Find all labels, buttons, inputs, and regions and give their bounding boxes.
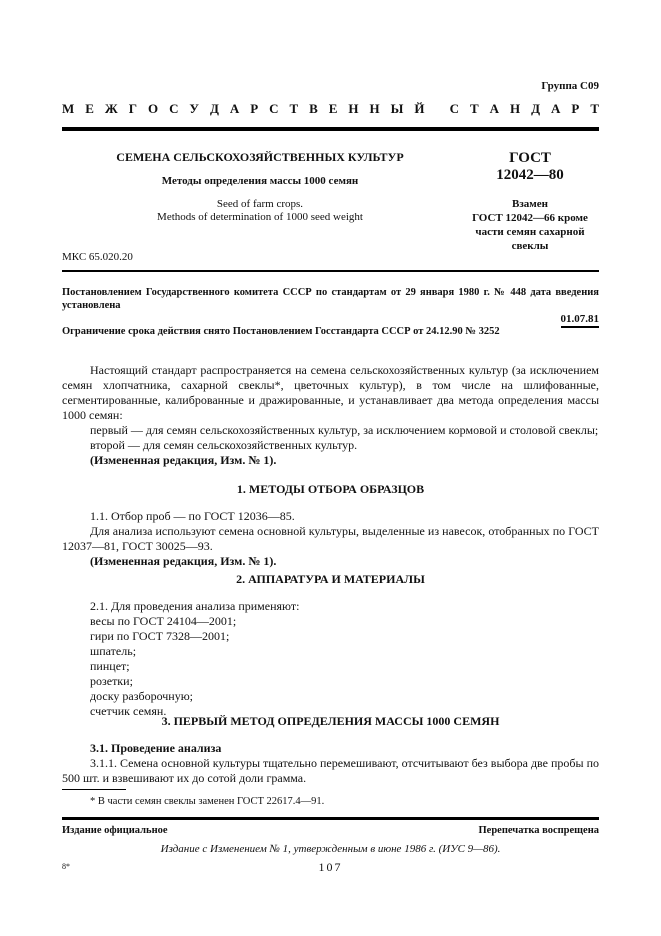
intro-section: Настоящий стандарт распространяется на с… bbox=[62, 363, 599, 468]
decree-text: Постановлением Государственного комитета… bbox=[62, 286, 599, 312]
english-title: Seed of farm crops. Methods of determina… bbox=[80, 198, 440, 224]
equipment-item: шпатель; bbox=[90, 644, 599, 659]
footnote: * В части семян свеклы заменен ГОСТ 2261… bbox=[90, 796, 324, 807]
title-block: СЕМЕНА СЕЛЬСКОХОЗЯЙСТВЕННЫХ КУЛЬТУР Мето… bbox=[80, 150, 440, 224]
equipment-item: гири по ГОСТ 7328—2001; bbox=[90, 629, 599, 644]
footer-rule bbox=[62, 817, 599, 820]
official-edition-label: Издание официальное bbox=[62, 825, 168, 836]
section-2: 2. АППАРАТУРА И МАТЕРИАЛЫ 2.1. Для прове… bbox=[62, 572, 599, 719]
equipment-item: розетки; bbox=[90, 674, 599, 689]
method-two-text: второй — для семян сельскохозяйственных … bbox=[62, 438, 599, 453]
equipment-list: весы по ГОСТ 24104—2001;гири по ГОСТ 732… bbox=[62, 614, 599, 719]
gost-designation: ГОСТ 12042—80 Взамен ГОСТ 12042—66 кроме… bbox=[455, 150, 605, 253]
section-1: 1. МЕТОДЫ ОТБОРА ОБРАЗЦОВ 1.1. Отбор про… bbox=[62, 482, 599, 569]
edition-note: Издание с Изменением № 1, утвержденным в… bbox=[0, 843, 661, 855]
group-code: Группа С09 bbox=[541, 80, 599, 92]
equipment-item: пинцет; bbox=[90, 659, 599, 674]
equipment-item: весы по ГОСТ 24104—2001; bbox=[90, 614, 599, 629]
intro-paragraph: Настоящий стандарт распространяется на с… bbox=[62, 363, 599, 423]
effective-date: 01.07.81 bbox=[561, 313, 600, 328]
page-number: 107 bbox=[0, 860, 661, 875]
equipment-item: доску разборочную; bbox=[90, 689, 599, 704]
title-rule bbox=[62, 270, 599, 272]
reprint-prohibited-label: Перепечатка воспрещена bbox=[479, 825, 599, 836]
amendment-note: (Измененная редакция, Изм. № 1). bbox=[62, 554, 599, 569]
section-3: 3. ПЕРВЫЙ МЕТОД ОПРЕДЕЛЕНИЯ МАССЫ 1000 С… bbox=[62, 714, 599, 786]
method-one-text: первый — для семян сельскохозяйственных … bbox=[62, 423, 599, 438]
footnote-separator bbox=[62, 789, 126, 790]
document-title: СЕМЕНА СЕЛЬСКОХОЗЯЙСТВЕННЫХ КУЛЬТУР bbox=[80, 150, 440, 165]
mks-code: МКС 65.020.20 bbox=[62, 251, 133, 263]
limitation-text: Ограничение срока действия снято Постано… bbox=[62, 326, 500, 337]
section-3-heading: 3. ПЕРВЫЙ МЕТОД ОПРЕДЕЛЕНИЯ МАССЫ 1000 С… bbox=[62, 714, 599, 729]
gost-number: 12042—80 bbox=[455, 167, 605, 184]
amendment-note: (Измененная редакция, Изм. № 1). bbox=[62, 453, 599, 468]
interstate-standard-heading: МЕЖГОСУДАРСТВЕННЫЙ СТАНДАРТ bbox=[62, 101, 599, 117]
section-2-heading: 2. АППАРАТУРА И МАТЕРИАЛЫ bbox=[62, 572, 599, 587]
replaces-note: Взамен ГОСТ 12042—66 кроме части семян с… bbox=[455, 197, 605, 253]
header-rule bbox=[62, 127, 599, 131]
document-subtitle: Методы определения массы 1000 семян bbox=[80, 175, 440, 187]
section-1-heading: 1. МЕТОДЫ ОТБОРА ОБРАЗЦОВ bbox=[62, 482, 599, 497]
subsection-heading: 3.1. Проведение анализа bbox=[62, 741, 599, 756]
